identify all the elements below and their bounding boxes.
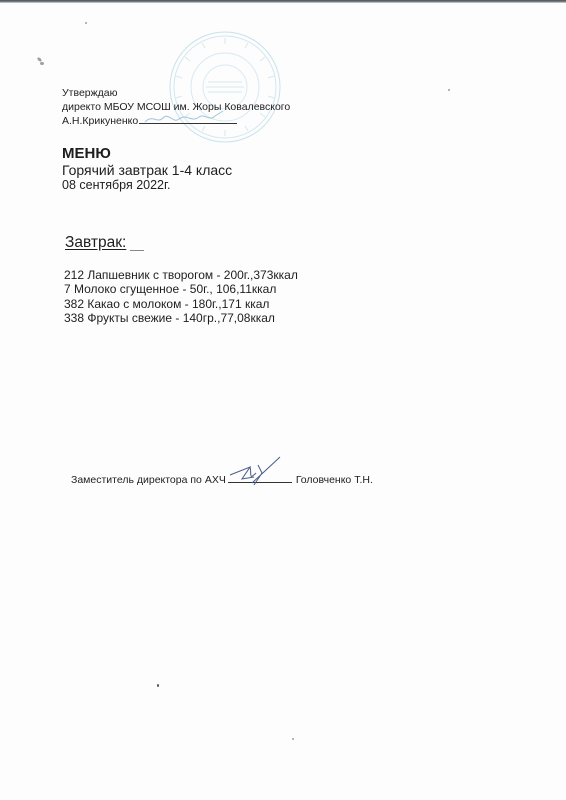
menu-title: МЕНЮ — [62, 146, 232, 162]
approval-block: Утверждаю директо МБОУ МСОШ им. Жоры Ков… — [62, 87, 290, 129]
menu-item: 7 Молоко сгущенное - 50г., 106,11ккал — [64, 282, 298, 296]
signature-icon — [228, 453, 292, 489]
meal-heading: Завтрак: — [65, 234, 126, 252]
footer-position: Заместитель директора по АХЧ — [71, 474, 226, 486]
meal-heading-underline — [130, 250, 144, 251]
menu-item: 212 Лапшевник с творогом - 200г.,373ккал — [64, 268, 298, 282]
menu-items-list: 212 Лапшевник с творогом - 200г.,373ккал… — [64, 268, 298, 325]
approval-label: Утверждаю — [62, 87, 290, 101]
footer-signature-row: Заместитель директора по АХЧГоловченко Т… — [71, 473, 373, 487]
scan-speck — [292, 738, 294, 740]
scan-speck — [448, 89, 450, 91]
menu-item: 382 Какао с молоком - 180г.,171 ккал — [64, 297, 298, 311]
approval-signature-line — [139, 114, 237, 124]
approval-signer-name: А.Н.Крикуненко — [62, 115, 138, 127]
menu-date: 08 сентября 2022г. — [62, 178, 232, 193]
menu-item: 338 Фрукты свежие - 140гр.,77,08ккал — [64, 311, 298, 325]
scan-speck — [157, 684, 159, 687]
menu-subtitle: Горячий завтрак 1-4 класс — [62, 162, 232, 178]
scan-speck — [40, 62, 44, 65]
signature-icon — [143, 110, 239, 126]
scan-border — [0, 0, 566, 3]
footer-name: Головченко Т.Н. — [296, 474, 373, 486]
approval-signer: А.Н.Крикуненко — [62, 114, 290, 129]
scan-speck — [85, 22, 87, 24]
menu-header: МЕНЮ Горячий завтрак 1-4 класс 08 сентяб… — [62, 146, 232, 193]
footer-signature-line — [228, 473, 292, 483]
